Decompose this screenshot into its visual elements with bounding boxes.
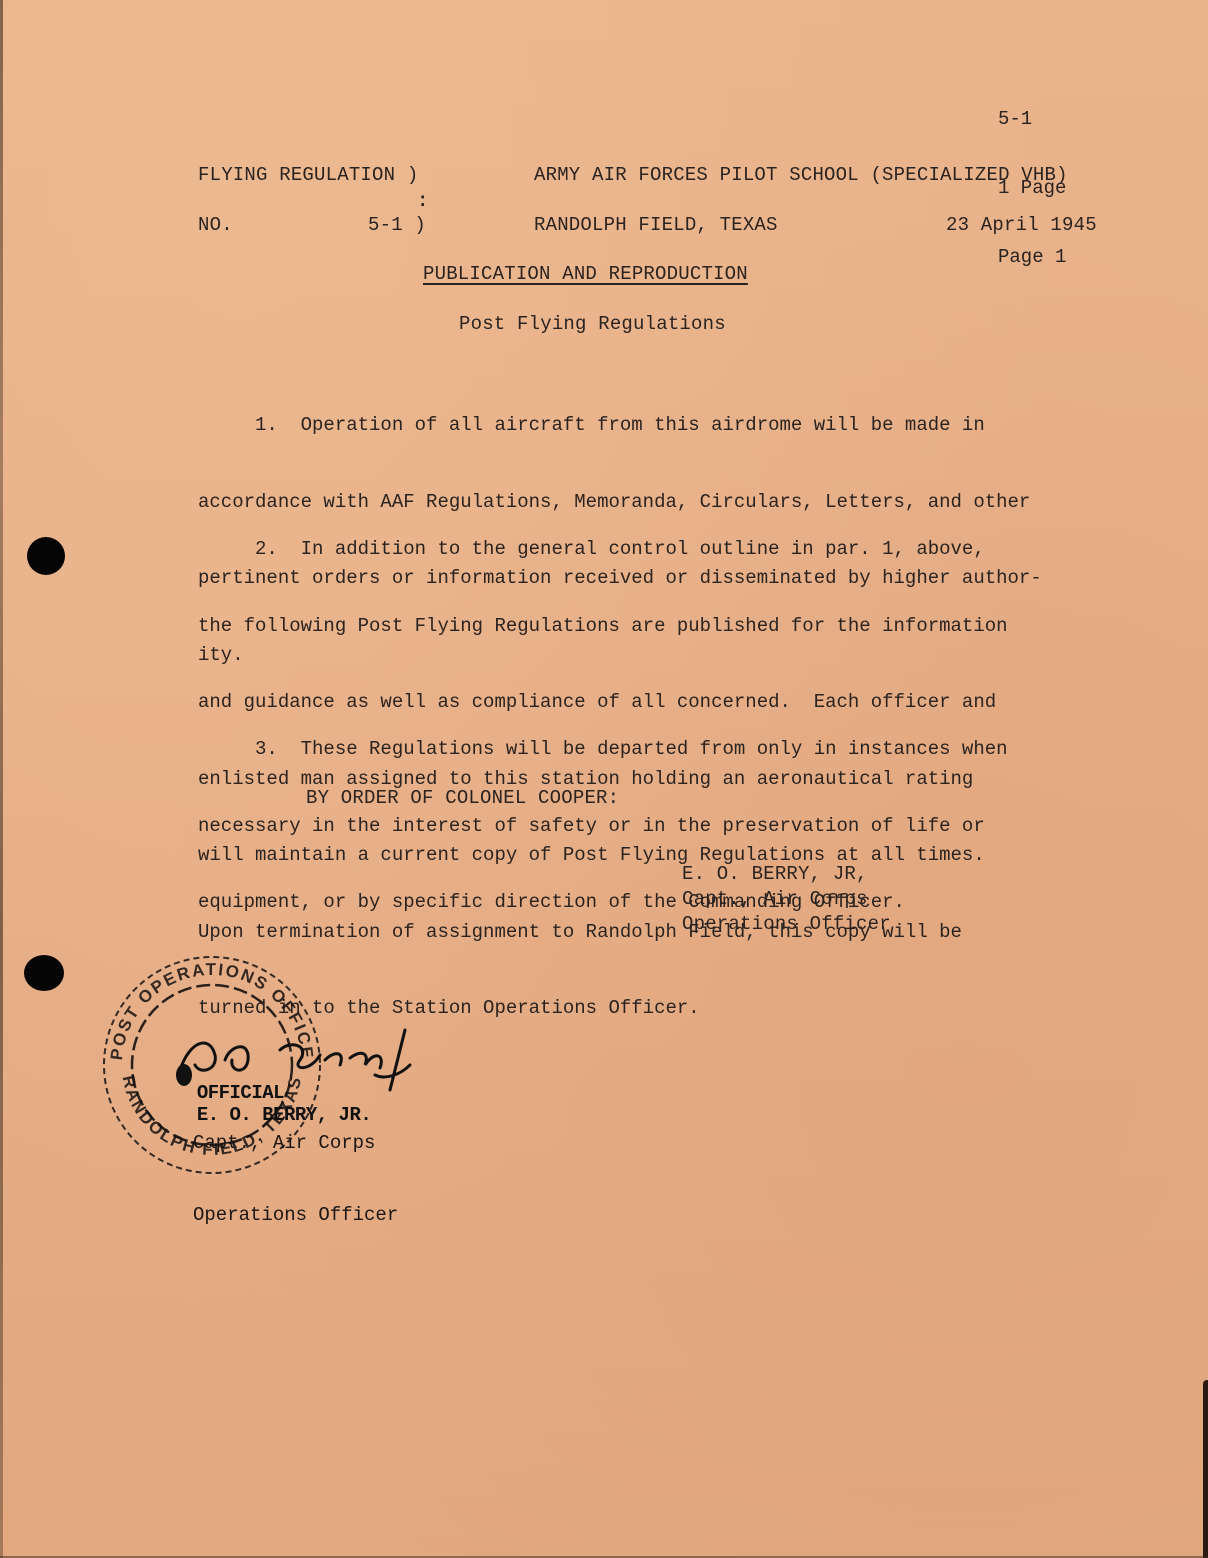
signatory-title: Operations Officer: [682, 912, 891, 937]
stamp-title: Operations Officer: [193, 1203, 398, 1227]
paragraph-line: necessary in the interest of safety or i…: [198, 814, 1118, 840]
paragraph-line: turned in to the Station Operations Offi…: [198, 996, 1118, 1022]
page-edge-right: [1203, 1380, 1208, 1558]
paragraph-line: 2. In addition to the general control ou…: [198, 537, 1118, 563]
paragraph-line: 3. These Regulations will be departed fr…: [198, 737, 1118, 763]
authority-line: BY ORDER OF COLONEL COOPER:: [306, 786, 619, 811]
paragraph-line: equipment, or by specific direction of t…: [198, 890, 1118, 916]
regulation-label: FLYING REGULATION ): [198, 163, 418, 188]
organization-name: ARMY AIR FORCES PILOT SCHOOL (SPECIALIZE…: [534, 163, 1068, 188]
paragraph-line: the following Post Flying Regulations ar…: [198, 614, 1118, 640]
stamp-rank: Capt., Air Corps: [193, 1131, 398, 1155]
page-ref-number: 5-1: [998, 108, 1066, 131]
stamp-signature-block: Capt., Air Corps Operations Officer: [193, 1083, 398, 1251]
page-ref-page: Page 1: [998, 246, 1066, 269]
regulation-no-label: NO.: [198, 213, 233, 238]
hole-punch-upper: [27, 537, 65, 575]
regulation-colon: :: [417, 189, 429, 214]
paragraph-3: 3. These Regulations will be departed fr…: [198, 686, 1118, 941]
page-edge-left: [0, 0, 3, 1558]
hole-punch-lower: [24, 955, 64, 991]
signatory-rank: Capt., Air Corps: [682, 887, 868, 912]
document-date: 23 April 1945: [946, 213, 1097, 238]
location: RANDOLPH FIELD, TEXAS: [534, 213, 778, 238]
regulation-number: 5-1 ): [368, 213, 426, 238]
document-subtitle: Post Flying Regulations: [459, 312, 726, 337]
signatory-name: E. O. BERRY, JR,: [682, 862, 868, 887]
paragraph-line: 1. Operation of all aircraft from this a…: [198, 413, 1118, 439]
document-title: PUBLICATION AND REPRODUCTION: [423, 262, 748, 287]
